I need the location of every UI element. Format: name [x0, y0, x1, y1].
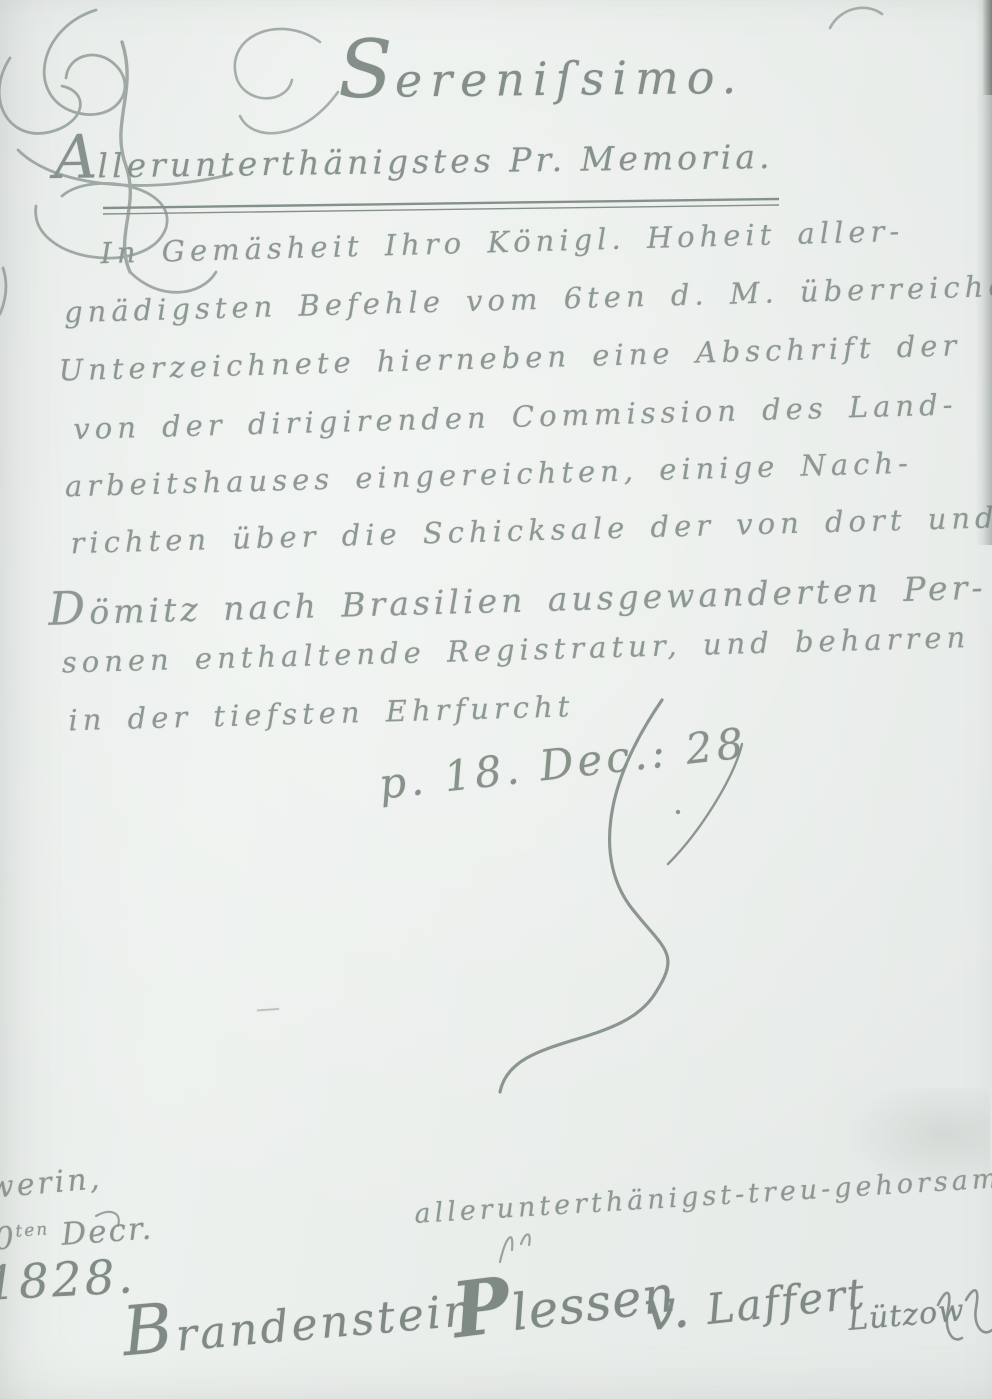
signature-3: v. Laffert	[642, 1261, 869, 1343]
body-line: Unterzeichnete hierneben eine Abschrift …	[58, 328, 961, 387]
body-line: gnädigsten Befehle vom 6ten d. M. überre…	[64, 268, 992, 329]
ordinal-sup: ten	[15, 1219, 50, 1241]
body-line: arbeitshauses eingereichten, einige Nach…	[64, 446, 913, 504]
double-underline	[103, 199, 779, 214]
body-line: in der tiefsten Ehrfurcht	[68, 689, 575, 737]
manuscript-page: Sereniſsimo. Allerunterthänigstes Pr. Me…	[0, 0, 992, 1399]
month-abbrev: Decr.	[48, 1210, 154, 1253]
body-line: von der dirigirenden Commission des Land…	[73, 387, 958, 446]
body-line: richten über die Schicksale der von dort…	[70, 498, 992, 560]
body-line: In Gemäsheit Ihro Königl. Hoheit aller-	[100, 214, 905, 270]
page-edge-corner-shadow	[982, 0, 992, 95]
place-line: werin,	[0, 1163, 103, 1204]
year-line: 1828.	[0, 1252, 137, 1309]
top-edge-stroke	[830, 8, 882, 28]
document-title: Sereniſsimo.	[338, 24, 745, 112]
document-subtitle: Allerunterthänigstes Pr. Memoria.	[54, 117, 774, 190]
body-text: In Gemäsheit Ihro Königl. Hoheit aller- …	[38, 212, 992, 778]
signature-4: Lützow	[847, 1295, 966, 1337]
signature-1: Brandenstein	[120, 1267, 478, 1369]
paper-smudge	[840, 1088, 990, 1193]
margin-dash: —	[255, 995, 281, 1022]
